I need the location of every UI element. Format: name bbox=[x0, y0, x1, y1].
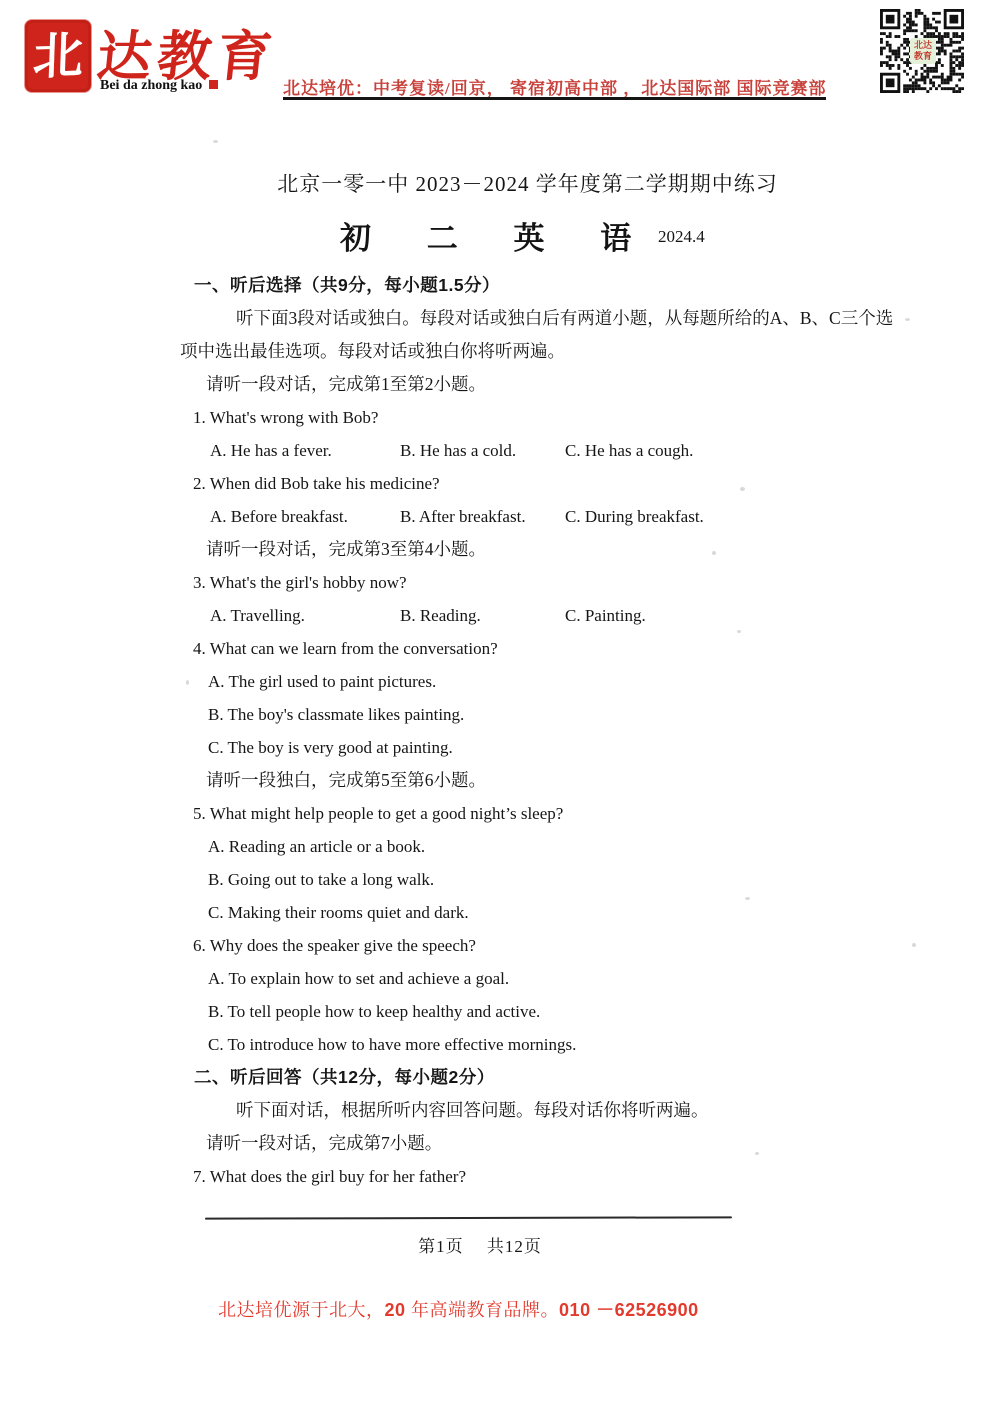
subject-title: 初 二 英 语 bbox=[340, 213, 655, 258]
brand-footer-line: 北达培优源于北大，20 年高端教育品牌。010 －62526900 bbox=[218, 1296, 699, 1322]
q4-option-b: B. The boy's classmate likes painting. bbox=[180, 698, 875, 731]
footer-text-2: 20 bbox=[385, 1300, 406, 1320]
cue-question-7: 请听一段对话，完成第7小题。 bbox=[180, 1127, 875, 1160]
page-number: 第1页 共12页 bbox=[180, 1232, 780, 1257]
q5-option-a: A. Reading an article or a book. bbox=[180, 830, 875, 863]
q2-option-a: A. Before breakfast. bbox=[210, 500, 400, 533]
exam-content: 北京一零一中 2023－2024 学年度第二学期期中练习 初 二 英 语 202… bbox=[180, 163, 875, 1193]
brand-subtitle: Bei da zhong kao bbox=[100, 78, 218, 94]
scan-artifact bbox=[737, 630, 741, 633]
question-2: 2. When did Bob take his medicine? bbox=[180, 467, 875, 500]
brand-logo: 北 达教育 Bei da zhong kao bbox=[22, 12, 272, 100]
question-4: 4. What can we learn from the conversati… bbox=[180, 632, 875, 665]
section2-intro: 听下面对话，根据所听内容回答问题。每段对话你将听两遍。 bbox=[180, 1094, 875, 1127]
question-6: 6. Why does the speaker give the speech? bbox=[180, 929, 875, 962]
q2-option-b: B. After breakfast. bbox=[400, 500, 565, 533]
qr-center-label: 北达教育 bbox=[910, 38, 936, 64]
question-3: 3. What's the girl's hobby now? bbox=[180, 566, 875, 599]
scanned-exam-page: { "brand": { "seal_char": "北", "logo_nam… bbox=[0, 0, 992, 1403]
cue-questions-5-6: 请听一段独白，完成第5至第6小题。 bbox=[180, 764, 875, 797]
q5-option-b: B. Going out to take a long walk. bbox=[180, 863, 875, 896]
question-3-options: A. Travelling. B. Reading. C. Painting. bbox=[180, 599, 875, 632]
page-current: 第1页 bbox=[418, 1237, 464, 1256]
q6-option-b: B. To tell people how to keep healthy an… bbox=[180, 995, 875, 1028]
question-5: 5. What might help people to get a good … bbox=[180, 797, 875, 830]
cue-questions-3-4: 请听一段对话，完成第3至第4小题。 bbox=[180, 533, 875, 566]
footer-divider bbox=[205, 1216, 732, 1219]
q5-option-c: C. Making their rooms quiet and dark. bbox=[180, 896, 875, 929]
q3-option-c: C. Painting. bbox=[565, 599, 646, 632]
red-square-icon bbox=[209, 80, 218, 89]
q4-option-a: A. The girl used to paint pictures. bbox=[180, 665, 875, 698]
scan-artifact bbox=[712, 551, 716, 555]
subject-row: 初 二 英 语 2024.4 bbox=[180, 205, 875, 269]
question-1: 1. What's wrong with Bob? bbox=[180, 401, 875, 434]
footer-text-1: 北达培优源于北大， bbox=[218, 1300, 385, 1320]
q6-option-a: A. To explain how to set and achieve a g… bbox=[180, 962, 875, 995]
q6-option-c: C. To introduce how to have more effecti… bbox=[180, 1028, 875, 1061]
section2-heading: 二、听后回答（共12分，每小题2分） bbox=[180, 1061, 875, 1094]
scan-artifact bbox=[745, 897, 750, 900]
scan-artifact bbox=[755, 1152, 759, 1155]
brand-tagline: 北达培优：中考复读/回京， 寄宿初高中部 ，北达国际部 国际竞赛部 bbox=[283, 74, 828, 99]
q1-option-a: A. He has a fever. bbox=[210, 434, 400, 467]
section1-heading: 一、听后选择（共9分，每小题1.5分） bbox=[180, 269, 875, 302]
cue-questions-1-2: 请听一段对话，完成第1至第2小题。 bbox=[180, 368, 875, 401]
question-2-options: A. Before breakfast. B. After breakfast.… bbox=[180, 500, 875, 533]
q3-option-a: A. Travelling. bbox=[210, 599, 400, 632]
footer-text-3: 年高端教育品牌。 bbox=[406, 1300, 560, 1320]
scan-artifact bbox=[213, 140, 218, 143]
brand-seal-icon: 北 bbox=[25, 20, 91, 92]
page-total: 共12页 bbox=[487, 1237, 542, 1256]
qr-code-image: 北达教育 bbox=[878, 9, 966, 93]
question-7: 7. What does the girl buy for her father… bbox=[180, 1160, 875, 1193]
scan-artifact bbox=[186, 680, 189, 685]
brand-subtitle-text: Bei da zhong kao bbox=[100, 78, 202, 93]
scan-artifact bbox=[912, 943, 916, 947]
scan-artifact bbox=[740, 487, 745, 491]
section1-intro-line2: 项中选出最佳选项。每段对话或独白你将听两遍。 bbox=[180, 335, 875, 368]
q4-option-c: C. The boy is very good at painting. bbox=[180, 731, 875, 764]
question-1-options: A. He has a fever. B. He has a cold. C. … bbox=[180, 434, 875, 467]
q2-option-c: C. During breakfast. bbox=[565, 500, 704, 533]
section1-intro-line1: 听下面3段对话或独白。每段对话或独白后有两道小题，从每题所给的A、B、C三个选 bbox=[180, 302, 875, 335]
footer-text-4: 010 －62526900 bbox=[559, 1300, 699, 1320]
page-title: 北京一零一中 2023－2024 学年度第二学期期中练习 bbox=[180, 163, 875, 205]
header-divider bbox=[283, 97, 826, 100]
exam-date: 2024.4 bbox=[658, 227, 705, 247]
scan-artifact bbox=[905, 318, 910, 321]
q3-option-b: B. Reading. bbox=[400, 599, 565, 632]
brand-seal-char: 北 bbox=[32, 30, 84, 82]
q1-option-b: B. He has a cold. bbox=[400, 434, 565, 467]
q1-option-c: C. He has a cough. bbox=[565, 434, 693, 467]
